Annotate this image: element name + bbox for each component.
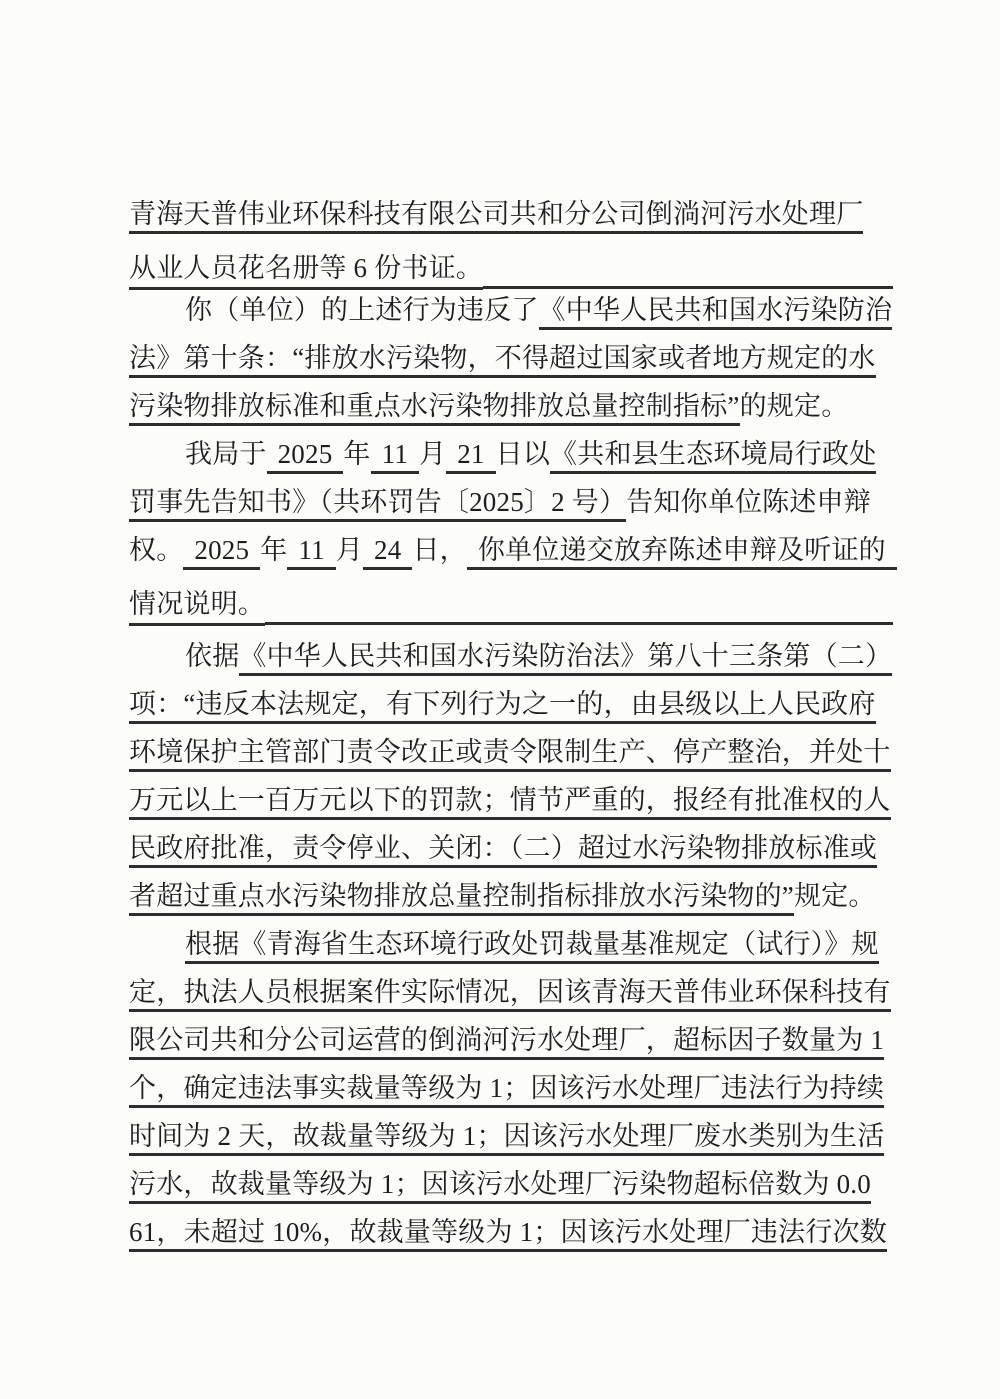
- text-segment: 依据: [185, 641, 239, 671]
- underlined-text-segment: 民政府批准，责令停业、关闭：（二）超过水污染物排放标准或: [129, 833, 877, 868]
- text-line: 情况说明。: [129, 574, 893, 622]
- text-segment: 年: [343, 439, 370, 469]
- underlined-text-segment: 2025: [183, 535, 260, 570]
- underlined-text-segment: 24: [363, 535, 412, 570]
- text-segment: 月: [419, 439, 446, 469]
- text-line: 者超过重点水污染物排放总量控制指标排放水污染物的”规定。: [129, 872, 893, 920]
- text-segment: 告知你单位陈述申辩: [626, 487, 871, 517]
- text-line: 污水，故裁量等级为 1；因该污水处理厂污染物超标倍数为 0.0: [129, 1160, 893, 1208]
- underlined-text-segment: 限公司共和分公司运营的倒淌河污水处理厂，超标因子数量为 1: [129, 1025, 884, 1060]
- underlined-text-segment: 61，未超过 10%，故裁量等级为 1；因该污水处理厂违法行次数: [129, 1217, 887, 1252]
- text-line: 环境保护主管部门责令改正或责令限制生产、停产整治，并处十: [129, 728, 893, 776]
- text-line: 项：“违反本法规定，有下列行为之一的，由县级以上人民政府: [129, 680, 893, 728]
- underlined-text-segment: 从业人员花名册等 6 份书证。: [129, 246, 483, 290]
- text-segment: 我局于: [185, 439, 267, 469]
- underlined-text-segment: 个，确定违法事实裁量等级为 1；因该污水处理厂违法行为持续: [129, 1073, 884, 1108]
- text-line: 青海天普伟业环保科技有限公司共和分公司倒淌河污水处理厂: [129, 190, 893, 238]
- text-line: 时间为 2 天，故裁量等级为 1；因该污水处理厂废水类别为生活: [129, 1112, 893, 1160]
- text-segment: 日，: [412, 535, 466, 565]
- underlined-text-segment: 环境保护主管部门责令改正或责令限制生产、停产整治，并处十: [129, 737, 891, 772]
- underlined-text-segment: 法》第十条：“排放水污染物，不得超过国家或者地方规定的水: [129, 343, 876, 378]
- text-line: 你（单位）的上述行为违反了《中华人民共和国水污染防治: [129, 286, 893, 334]
- text-line: 个，确定违法事实裁量等级为 1；因该污水处理厂违法行为持续: [129, 1064, 893, 1112]
- blank-underline: [265, 589, 893, 625]
- text-segment: 年: [260, 535, 287, 565]
- underlined-text-segment: 污染物排放标准和重点水污染物排放总量控制指标”: [129, 391, 740, 426]
- underlined-text-segment: 罚事先告知书》（共环罚告〔2025〕2 号）: [129, 487, 626, 522]
- text-line: 从业人员花名册等 6 份书证。: [129, 238, 893, 286]
- underlined-text-segment: 21: [446, 439, 495, 474]
- scanned-document-page: 青海天普伟业环保科技有限公司共和分公司倒淌河污水处理厂从业人员花名册等 6 份书…: [0, 0, 1000, 1399]
- text-segment: 你（单位）的上述行为违反了: [185, 295, 539, 325]
- underlined-text-segment: 青海天普伟业环保科技有限公司共和分公司倒淌河污水处理厂: [129, 199, 863, 234]
- text-line: 罚事先告知书》（共环罚告〔2025〕2 号）告知你单位陈述申辩: [129, 478, 893, 526]
- text-line: 权。2025年11月24日，你单位递交放弃陈述申辩及听证的: [129, 526, 893, 574]
- underlined-text-segment: 根据《青海省生态环境行政处罚裁量基准规定（试行）》规: [185, 929, 879, 964]
- text-line: 万元以上一百万元以下的罚款；情节严重的，报经有批准权的人: [129, 776, 893, 824]
- text-line: 61，未超过 10%，故裁量等级为 1；因该污水处理厂违法行次数: [129, 1208, 893, 1256]
- document-text-block: 青海天普伟业环保科技有限公司共和分公司倒淌河污水处理厂从业人员花名册等 6 份书…: [129, 190, 893, 1256]
- underlined-text-segment: 你单位递交放弃陈述申辩及听证的: [467, 535, 897, 570]
- underlined-text-segment: 2025: [267, 439, 344, 474]
- underlined-text-segment: 者超过重点水污染物排放总量控制指标排放水污染物的”: [129, 881, 794, 916]
- underlined-text-segment: 《中华人民共和国水污染防治法》第八十三条第（二）: [239, 641, 892, 676]
- text-segment: 日以: [496, 439, 550, 469]
- text-line: 限公司共和分公司运营的倒淌河污水处理厂，超标因子数量为 1: [129, 1016, 893, 1064]
- underlined-text-segment: 项：“违反本法规定，有下列行为之一的，由县级以上人民政府: [129, 689, 876, 724]
- underlined-text-segment: 万元以上一百万元以下的罚款；情节严重的，报经有批准权的人: [129, 785, 891, 820]
- text-line: 定，执法人员根据案件实际情况，因该青海天普伟业环保科技有: [129, 968, 893, 1016]
- text-segment: 的规定。: [740, 391, 849, 421]
- underlined-text-segment: 《共和县生态环境局行政处: [550, 439, 876, 474]
- text-segment: 规定。: [794, 881, 876, 911]
- text-segment: 权。: [129, 535, 183, 565]
- text-line: 污染物排放标准和重点水污染物排放总量控制指标”的规定。: [129, 382, 893, 430]
- underlined-text-segment: 污水，故裁量等级为 1；因该污水处理厂污染物超标倍数为 0.0: [129, 1169, 871, 1204]
- underlined-text-segment: 《中华人民共和国水污染防治: [539, 295, 893, 330]
- text-line: 依据《中华人民共和国水污染防治法》第八十三条第（二）: [129, 632, 893, 680]
- text-line: 民政府批准，责令停业、关闭：（二）超过水污染物排放标准或: [129, 824, 893, 872]
- text-line: 根据《青海省生态环境行政处罚裁量基准规定（试行）》规: [129, 920, 893, 968]
- underlined-text-segment: 情况说明。: [129, 582, 265, 626]
- blank-underline: [483, 253, 893, 289]
- text-line: 法》第十条：“排放水污染物，不得超过国家或者地方规定的水: [129, 334, 893, 382]
- text-line: 我局于2025年11月21日以《共和县生态环境局行政处: [129, 430, 893, 478]
- underlined-text-segment: 定，执法人员根据案件实际情况，因该青海天普伟业环保科技有: [129, 977, 891, 1012]
- underlined-text-segment: 11: [371, 439, 419, 474]
- underlined-text-segment: 11: [287, 535, 335, 570]
- text-segment: 月: [336, 535, 363, 565]
- underlined-text-segment: 时间为 2 天，故裁量等级为 1；因该污水处理厂废水类别为生活: [129, 1121, 884, 1156]
